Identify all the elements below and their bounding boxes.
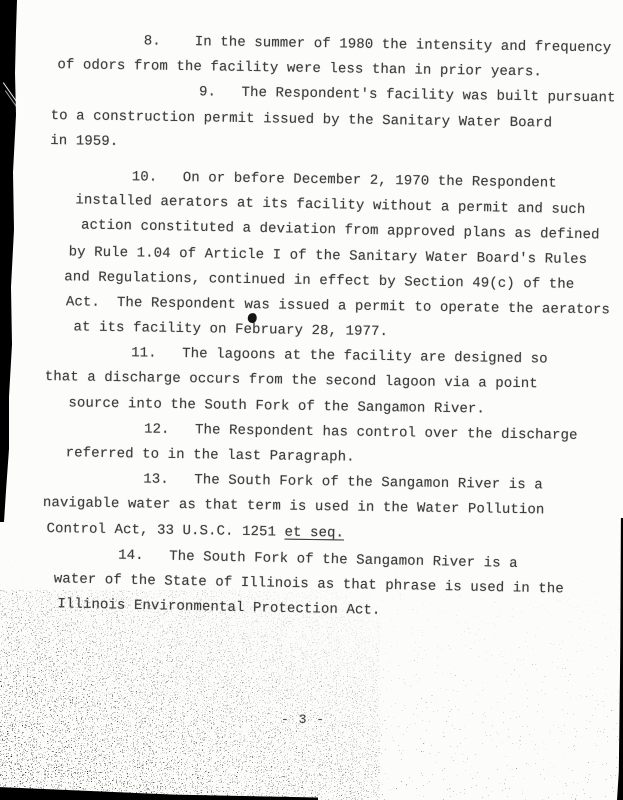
text-segment: navigable water as that term is used in … — [43, 495, 545, 518]
document-lines: 8. In the summer of 1980 the intensity a… — [39, 28, 608, 626]
page-number: - 3 - — [281, 712, 325, 727]
text-segment: 12. The Respondent has control over the … — [144, 421, 578, 443]
scan-edge-bottom — [0, 786, 318, 800]
scanned-document-page: 8. In the summer of 1980 the intensity a… — [0, 0, 623, 800]
text-segment: that a discharge occurs from the second … — [45, 369, 538, 392]
text-segment: to a construction permit issued by the S… — [51, 108, 553, 131]
text-segment: in 1959. — [50, 133, 118, 150]
text-segment: referred to in the last Paragraph. — [66, 445, 355, 465]
ink-blot — [248, 313, 257, 323]
text-segment: and Regulations, continued in effect by … — [64, 269, 574, 293]
text-segment: 9. The Respondent's facility was built p… — [199, 85, 616, 107]
scan-edge-left — [0, 0, 20, 522]
text-segment: source into the South Fork of the Sangam… — [68, 395, 485, 417]
text-segment: at its facility on February 28, 1977. — [73, 319, 388, 340]
text-segment: 8. In the summer of 1980 the intensity a… — [144, 33, 612, 56]
text-segment: Act. The Respondent was issued a permit … — [66, 294, 610, 318]
underlined-text-segment: et seq. — [284, 524, 344, 541]
text-segment: action constituted a deviation from appr… — [81, 218, 600, 244]
document-text-block: 8. In the summer of 1980 the intensity a… — [39, 28, 608, 626]
text-segment: Control Act, 33 U.S.C. 1251 — [46, 521, 284, 541]
text-segment: 11. The lagoons at the facility are desi… — [131, 346, 548, 368]
text-segment: 14. The South Fork of the Sangamon River… — [118, 547, 518, 571]
scan-edge-right — [617, 518, 623, 800]
text-segment: 13. The South Fork of the Sangamon River… — [143, 472, 543, 494]
text-segment: by Rule 1.04 of Article I of the Sanitar… — [69, 244, 588, 268]
text-segment: of odors from the facility were less tha… — [57, 57, 542, 80]
text-segment: Illinois Environmental Protection Act. — [57, 596, 380, 618]
text-segment: 10. On or before December 2, 1970 the Re… — [132, 169, 557, 191]
